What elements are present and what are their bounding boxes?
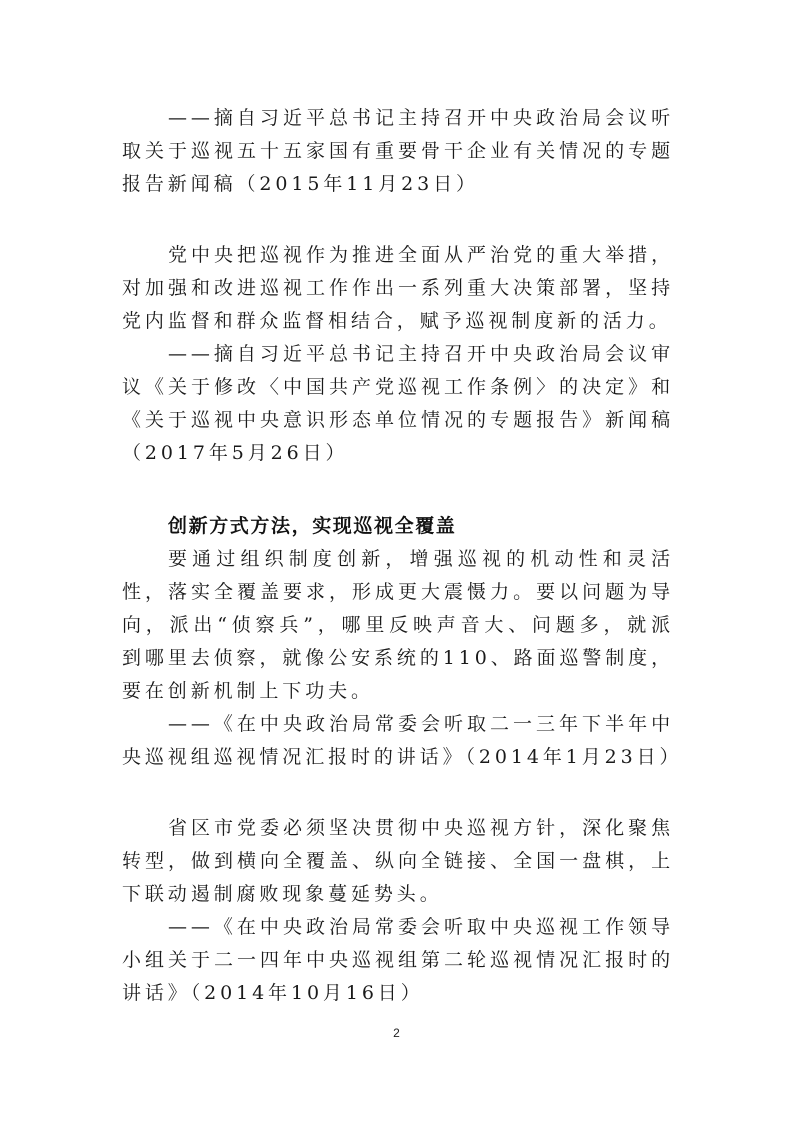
quote-source: ——摘自习近平总书记主持召开中央政治局会议审议《关于修改〈中国共产党巡视工作条例… <box>122 338 674 470</box>
spacer <box>122 201 674 239</box>
body-paragraph: 要通过组织制度创新，增强巡视的机动性和灵活性，落实全覆盖要求，形成更大震慑力。要… <box>122 543 674 708</box>
body-paragraph: 党中央把巡视作为推进全面从严治党的重大举措，对加强和改进巡视工作作出一系列重大决… <box>122 239 674 338</box>
quote-source: ——摘自习近平总书记主持召开中央政治局会议听取关于巡视五十五家国有重要骨干企业有… <box>122 102 674 201</box>
document-page: ——摘自习近平总书记主持召开中央政治局会议听取关于巡视五十五家国有重要骨干企业有… <box>122 102 674 1010</box>
quote-source: ——《在中央政治局常委会听取二一三年下半年中央巡视组巡视情况汇报时的讲话》（20… <box>122 708 674 774</box>
spacer <box>122 470 674 510</box>
quote-source: ——《在中央政治局常委会听取中央巡视工作领导小组关于二一四年中央巡视组第二轮巡视… <box>122 911 674 1010</box>
page-number: 2 <box>0 1026 793 1040</box>
section-heading: 创新方式方法，实现巡视全覆盖 <box>122 510 674 543</box>
body-paragraph: 省区市党委必须坚决贯彻中央巡视方针，深化聚焦转型，做到横向全覆盖、纵向全链接、全… <box>122 812 674 911</box>
spacer <box>122 774 674 812</box>
